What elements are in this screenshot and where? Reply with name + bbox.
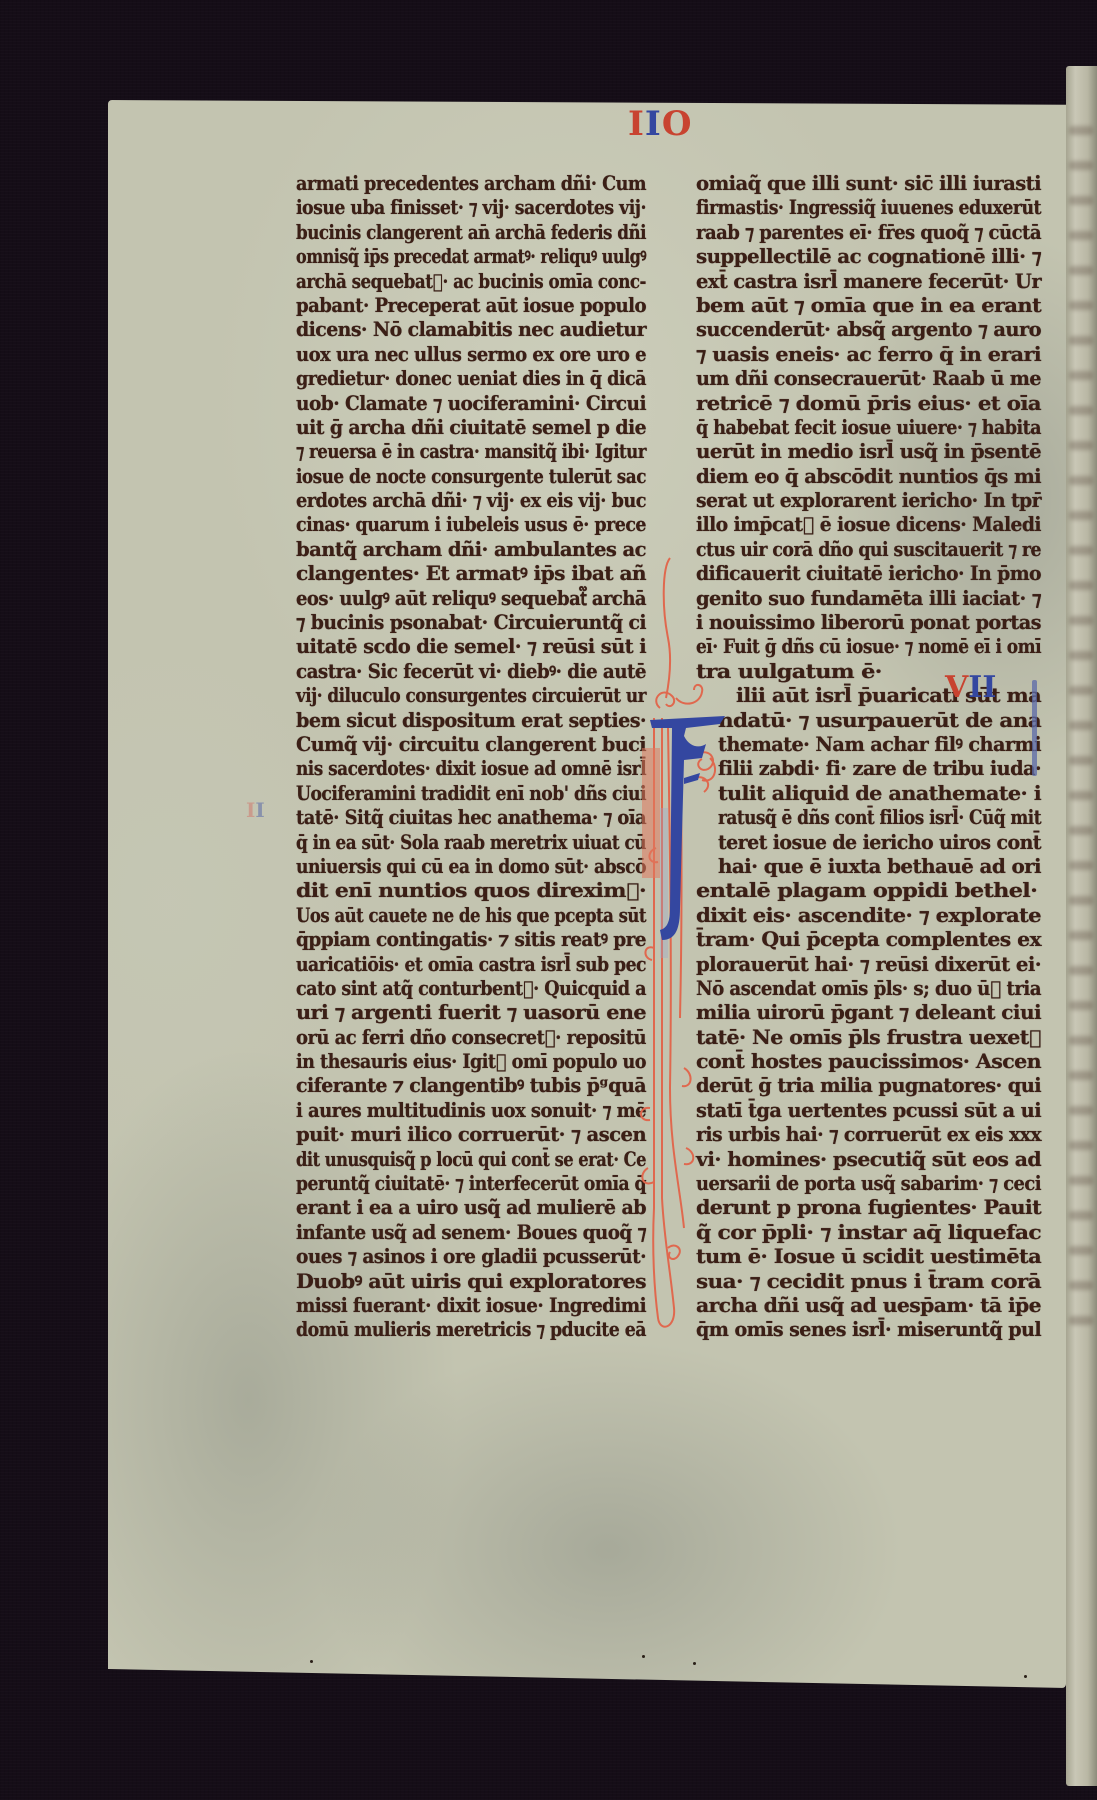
chapter-number-blue: II [968,670,996,705]
text-line: bucinis clangerent an̄ archā federis dñi [296,221,646,245]
text-line: iosue de nocte consurgente tulerūt sac [296,465,646,489]
text-line: statī t̄ga uertentes pcussi sūt a ui [696,1099,1041,1123]
text-line: bem sicut dispositum erat septies· [296,709,646,733]
text-line: milia uirorū p̄gant ⁊ deleant ciui [696,1001,1041,1025]
text-line: oues ⁊ asinos i ore gladii pcusserūt· [296,1245,646,1269]
text-line: entalē plagam oppidi bethel· [696,879,1041,903]
text-line: ratusq̃ ē dñs cont̄ filios isrl̄· Cūq̃ m… [696,806,1041,830]
text-line: uri ⁊ argenti fuerit ⁊ uasorū ene [296,1001,646,1025]
text-line: q̄ habebat fecit iosue uiuere· ⁊ habita [696,416,1041,440]
text-line: firmastis· Ingressiq̃ iuuenes eduxerūt [696,196,1041,220]
prick-mark [693,1662,696,1665]
text-line: teret iosue de iericho uiros cont̄ [696,831,1041,855]
running-head-red-letter-o: O [662,104,693,144]
ghost-text-line [1069,476,1093,485]
text-line: cato sint atq̃ conturbent᷑· Quicquid a [296,977,646,1001]
text-line: puit· muri ilico corruerūt· ⁊ ascen [296,1123,646,1147]
text-line: infante usq̃ ad senem· Boues quoq̃ ⁊ [296,1221,646,1245]
ghost-text-line [1069,1211,1093,1220]
ghost-text-line [1069,231,1093,240]
margin-mark-blue: I [255,798,264,822]
text-line: vi· homines· psecutiq̃ sūt eos ad [696,1148,1041,1172]
text-line: castra· Sic fecerūt vi· diebꝰ· die autē [296,660,646,684]
text-line: genito suo fundamēta illi iaciat· ⁊ [696,587,1041,611]
right-text-column: omiaq̃ que illi sunt· sic̄ illi iurastif… [696,172,1041,1343]
text-line: ⁊ reuersa ē in castra· mansitq̃ ibi· Igi… [296,440,646,464]
text-line: suppellectilē ac cognationē illi· ⁊ [696,245,1041,269]
ghost-text-line [1069,616,1093,625]
text-line: derūt ḡ tria milia pugnatores· qui [696,1074,1041,1098]
text-line: omnisq̃ ip̄s precedat armatꝰ· reliquꝰ uu… [296,245,646,269]
text-line: tatē· Sitq̃ ciuitas hec anathema· ⁊ oīa [296,806,646,830]
text-line: plorauerūt hai· ⁊ reūsi dixerūt ei· [696,953,1041,977]
ghost-text-line [1069,1071,1093,1080]
ghost-text-line [1069,581,1093,590]
text-line: tulit aliquid de anathemate· i [696,782,1041,806]
ghost-text-line [1069,1316,1093,1325]
text-line: serat ut explorarent iericho· In tpr̄ [696,489,1041,513]
decorated-initial-f-icon [640,548,730,1338]
margin-mark: II [246,798,265,822]
text-line: Uociferamini tradidit enī nob' dñs ciui [296,782,646,806]
text-line: dit enī nuntios quos direxim᷑· [296,879,646,903]
text-line: dificauerit ciuitatē iericho· In p̄mo [696,562,1041,586]
ghost-text-line [1069,371,1093,380]
text-line: illo imp̄cat᷑ ē iosue dicens· Maledi [696,513,1041,537]
ghost-text-line [1069,931,1093,940]
text-line: in thesauris eius· Igit᷑ omī populo uo [296,1050,646,1074]
text-line: gredietur· donec ueniat dies in q̄ dicā [296,367,646,391]
text-line: missi fuerant· dixit iosue· Ingredimi [296,1294,646,1318]
ghost-text-line [1069,756,1093,765]
ghost-text-line [1069,861,1093,870]
text-line: archa dñi usq̃ ad uesp̄am· tā ip̄e [696,1294,1041,1318]
ghost-text-line [1069,511,1093,520]
text-line: omiaq̃ que illi sunt· sic̄ illi iurasti [696,172,1041,196]
text-line: uersarii de porta usq̃ sabarim· ⁊ ceci [696,1172,1041,1196]
text-line: armati precedentes archam dñi· Cum [296,172,646,196]
chapter-number: VII [945,670,996,705]
chapter-number-red: V [945,670,968,705]
text-line: uit ḡ archa dñi ciuitatē semel p die [296,416,646,440]
ghost-text-line [1069,1036,1093,1045]
text-line: raab ⁊ parentes eī· fr̄es quoq̃ ⁊ cūctā [696,221,1041,245]
text-line: Nō ascendat omīs p̄ls· s; duo ū᷑ tria [696,977,1041,1001]
ghost-text-line [1069,336,1093,345]
text-line: uaricatiōis· et omīa castra isrl̄ sub pe… [296,953,646,977]
ghost-text-line [1069,1176,1093,1185]
ghost-text-line [1069,546,1093,555]
text-line: dicens· Nō clamabitis nec audietur [296,318,646,342]
text-line: eī· Fuit ḡ dñs cū iosue· ⁊ nomē eī i omī [696,635,1041,659]
text-line: sua· ⁊ cecidit pnus i t̄ram corā [696,1270,1041,1294]
ghost-text-line [1069,126,1093,135]
ghost-text-line [1069,161,1093,170]
text-line: diem eo q̄ abscōdit nuntios q̄s mi [696,465,1041,489]
text-line: cinas· quarum i iubeleis usus ē· prece [296,513,646,537]
text-line: nis sacerdotes· dixit iosue ad omnē isrl… [296,757,646,781]
ghost-text-line [1069,651,1093,660]
text-line: uniuersis qui cū ea in domo sūt· abscō [296,855,646,879]
text-line: retricē ⁊ domū p̄ris eius· et oīa [696,392,1041,416]
text-line: orū ac ferri dño consecret᷑· repositū [296,1026,646,1050]
text-line: ⁊ uasis eneis· ac ferro q̄ in erari [696,343,1041,367]
adjacent-page-edge [1066,66,1097,1786]
text-line: ciferante ⁊ clangentibꝰ tubis p̄ᵍquā [296,1074,646,1098]
ghost-text-line [1069,266,1093,275]
text-line: Cumq̃ vij· circuitu clangerent buci [296,733,646,757]
ghost-text-line [1069,1246,1093,1255]
text-line: t̄ram· Qui p̄cepta complentes ex [696,928,1041,952]
text-line: dixit eis· ascendite· ⁊ explorate [696,904,1041,928]
running-head-red-letter: I [628,104,645,144]
ghost-text-line [1069,301,1093,310]
text-line: ndatū· ⁊ usurpauerūt de ana [696,709,1041,733]
ghost-text-line [1069,721,1093,730]
text-line: themate· Nam achar filꝰ charmi [696,733,1041,757]
margin-mark-red: I [246,798,255,822]
text-line: ext̄ castra isrl̄ manere fecerūt· Ur [696,270,1041,294]
text-line: succenderūt· absq̃ argento ⁊ auro [696,318,1041,342]
text-line: filii zabdi· fi· zare de tribu iuda· [696,757,1041,781]
ghost-text-line [1069,406,1093,415]
text-line: i nouissimo liberorū ponat portas [696,611,1041,635]
text-line: q̃ cor p̄pli· ⁊ instar aq̄ liquefac [696,1221,1041,1245]
running-head: IIO [628,104,692,148]
chapter-bar [1032,680,1037,776]
prick-mark [1024,1675,1027,1678]
prick-mark [310,1660,313,1663]
text-line: ⁊ bucinis psonabat· Circuieruntq̃ ci [296,611,646,635]
ghost-text-line [1069,1001,1093,1010]
text-line: q̄m omīs senes isrl̄· miseruntq̃ pul [696,1318,1041,1342]
text-line: tatē· Ne omīs p̄ls frustra uexet᷑ [696,1026,1041,1050]
ghost-text-line [1069,966,1093,975]
text-line: hai· que ē iuxta bethauē ad ori [696,855,1041,879]
text-line: i aures multitudinis uox sonuit· ⁊ mē [296,1099,646,1123]
text-line: ris urbis hai· ⁊ corruerūt ex eis xxx [696,1123,1041,1147]
text-line: peruntq̃ ciuitatē· ⁊ interfecerūt omīa q… [296,1172,646,1196]
text-line: tum ē· Iosue ū scidit uestimēta [696,1245,1041,1269]
ghost-text-line [1069,896,1093,905]
text-line: Uos aūt cauete ne de his que pcepta sūt [296,904,646,928]
text-line: uitatē scdo die semel· ⁊ reūsi sūt i [296,635,646,659]
text-line: um dñi consecrauerūt· Raab ū me [696,367,1041,391]
running-head-blue-letter: I [645,104,662,144]
text-line: q̄ppiam contingatis· ⁊ sitis reatꝰ pre [296,928,646,952]
text-line: bem aūt ⁊ omīa que in ea erant [696,294,1041,318]
ghost-text-line [1069,441,1093,450]
text-line: q̄ in ea sūt· Sola raab meretrix uiuat c… [296,831,646,855]
text-line: erdotes archā dñi· ⁊ vij· ex eis vij· bu… [296,489,646,513]
ghost-text-line [1069,791,1093,800]
ghost-text-line [1069,826,1093,835]
text-line: domū mulieris meretricis ⁊ pducite eā [296,1318,646,1342]
text-line: derunt p prona fugientes· Pauit [696,1196,1041,1220]
text-line: ctus uir corā dño qui suscitauerit ⁊ re [696,538,1041,562]
ghost-text-line [1069,686,1093,695]
prick-mark [642,1655,645,1658]
text-line: pabant· Preceperat aūt iosue populo [296,294,646,318]
text-line: archā sequebat᷑· ac bucinis omīa conc- [296,270,646,294]
text-line: uob· Clamate ⁊ uociferamini· Circui [296,392,646,416]
ghost-text-line [1069,1281,1093,1290]
left-text-column: armati precedentes archam dñi· Cumiosue … [296,172,646,1343]
text-line: Duobꝰ aūt uiris qui exploratores [296,1270,646,1294]
text-line: uerūt in medio isrl̄ usq̃ in p̄sentē [696,440,1041,464]
text-line: clangentes· Et armatꝰ ip̄s ibat añ [296,562,646,586]
text-line: bantq̃ archam dñi· ambulantes ac [296,538,646,562]
ghost-text-line [1069,1141,1093,1150]
text-line: dit unusquisq̃ p locū qui cont̄ se erat·… [296,1148,646,1172]
text-line: uox ura nec ullus sermo ex ore uro e [296,343,646,367]
ghost-text-line [1069,1106,1093,1115]
text-line: cont̄ hostes paucissimos· Ascen [696,1050,1041,1074]
text-line: vij· diluculo consurgentes circuierūt ur [296,684,646,708]
text-line: iosue uba finisset· ⁊ vij· sacerdotes vi… [296,196,646,220]
text-line: eos· uulgꝰ aūt reliquꝰ sequebat᷑ archā [296,587,646,611]
text-line: erant i ea a uiro usq̃ ad mulierē ab [296,1196,646,1220]
ghost-text-line [1069,196,1093,205]
